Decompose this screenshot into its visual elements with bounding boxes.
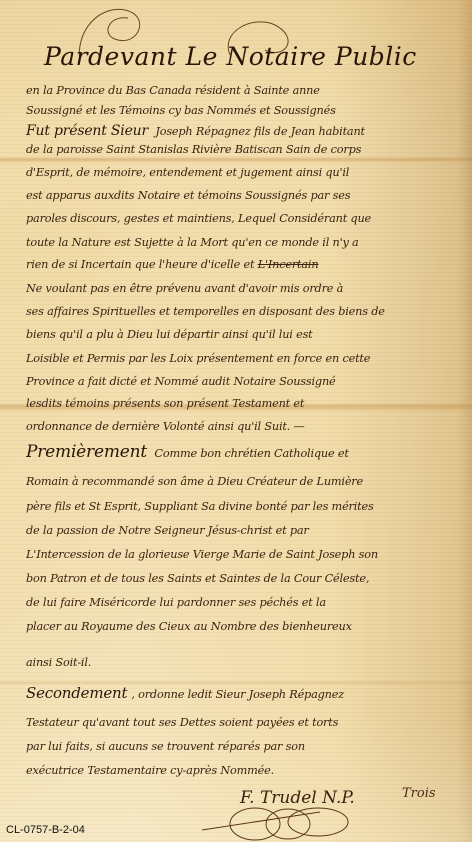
text-line: Testateur qu'avant tout ses Dettes soien… bbox=[26, 716, 466, 729]
text-line: Secondement, ordonne ledit Sieur Joseph … bbox=[26, 684, 466, 702]
text-line: Premièrement Comme bon chrétien Catholiq… bbox=[26, 442, 466, 462]
text-line: en la Province du Bas Canada résident à … bbox=[26, 84, 466, 97]
text-line: placer au Royaume des Cieux au Nombre de… bbox=[26, 620, 466, 633]
text-line: est apparus auxdits Notaire et témoins S… bbox=[26, 189, 466, 202]
text-line: de lui faire Miséricorde lui pardonner s… bbox=[26, 596, 466, 609]
text-line: de la passion de Notre Seigneur Jésus-ch… bbox=[26, 524, 466, 537]
text-line-remainder: Comme bon chrétien Catholique et bbox=[154, 447, 348, 460]
catchword: Trois bbox=[402, 786, 436, 801]
heading-premierement: Premièrement bbox=[26, 442, 147, 462]
text-line: Loisible et Permis par les Loix présente… bbox=[26, 352, 466, 365]
text-line: biens qu'il a plu à Dieu lui départir ai… bbox=[26, 328, 466, 341]
text-line: Ne voulant pas en être prévenu avant d'a… bbox=[26, 282, 466, 295]
text-line-remainder: Joseph Répagnez fils de Jean habitant bbox=[155, 125, 364, 138]
text-line: de la paroisse Saint Stanislas Rivière B… bbox=[26, 143, 466, 156]
text-line: exécutrice Testamentaire cy-après Nommée… bbox=[26, 764, 466, 777]
text-line: d'Esprit, de mémoire, entendement et jug… bbox=[26, 166, 466, 179]
text-line: L'Intercession de la glorieuse Vierge Ma… bbox=[26, 548, 466, 561]
present-label: Fut présent Sieur bbox=[26, 123, 148, 139]
text-line: par lui faits, si aucuns se trouvent rép… bbox=[26, 740, 466, 753]
signature-paraph-icon bbox=[200, 800, 360, 842]
heading-secondement: Secondement bbox=[26, 684, 127, 702]
struck-text: L'Incertain bbox=[258, 258, 319, 271]
document-title: Pardevant Le Notaire Public bbox=[44, 42, 464, 71]
text-line: Romain à recommandé son âme à Dieu Créat… bbox=[26, 475, 466, 488]
text-line: bon Patron et de tous les Saints et Sain… bbox=[26, 572, 466, 585]
text-line: Fut présent Sieur Joseph Répagnez fils d… bbox=[26, 123, 466, 139]
text-line-remainder: , ordonne ledit Sieur Joseph Répagnez bbox=[131, 688, 344, 701]
text-line: rien de si Incertain que l'heure d'icell… bbox=[26, 258, 466, 271]
text-line: Soussigné et les Témoins cy bas Nommés e… bbox=[26, 104, 466, 117]
archive-label: CL-0757-B-2-04 bbox=[6, 824, 85, 836]
fold-crease bbox=[0, 157, 472, 163]
text-line: Province a fait dicté et Nommé audit Not… bbox=[26, 375, 466, 388]
text-line: lesdits témoins présents son présent Tes… bbox=[26, 397, 466, 410]
text-line: ordonnance de dernière Volonté ainsi qu'… bbox=[26, 420, 466, 433]
text-line: ainsi Soit-il. bbox=[26, 656, 466, 669]
text-line-start: rien de si Incertain que l'heure d'icell… bbox=[26, 258, 254, 271]
text-line: toute la Nature est Sujette à la Mort qu… bbox=[26, 236, 466, 249]
text-line: ses affaires Spirituelles et temporelles… bbox=[26, 305, 466, 318]
text-line: père fils et St Esprit, Suppliant Sa div… bbox=[26, 500, 466, 513]
text-line: paroles discours, gestes et maintiens, L… bbox=[26, 212, 466, 225]
